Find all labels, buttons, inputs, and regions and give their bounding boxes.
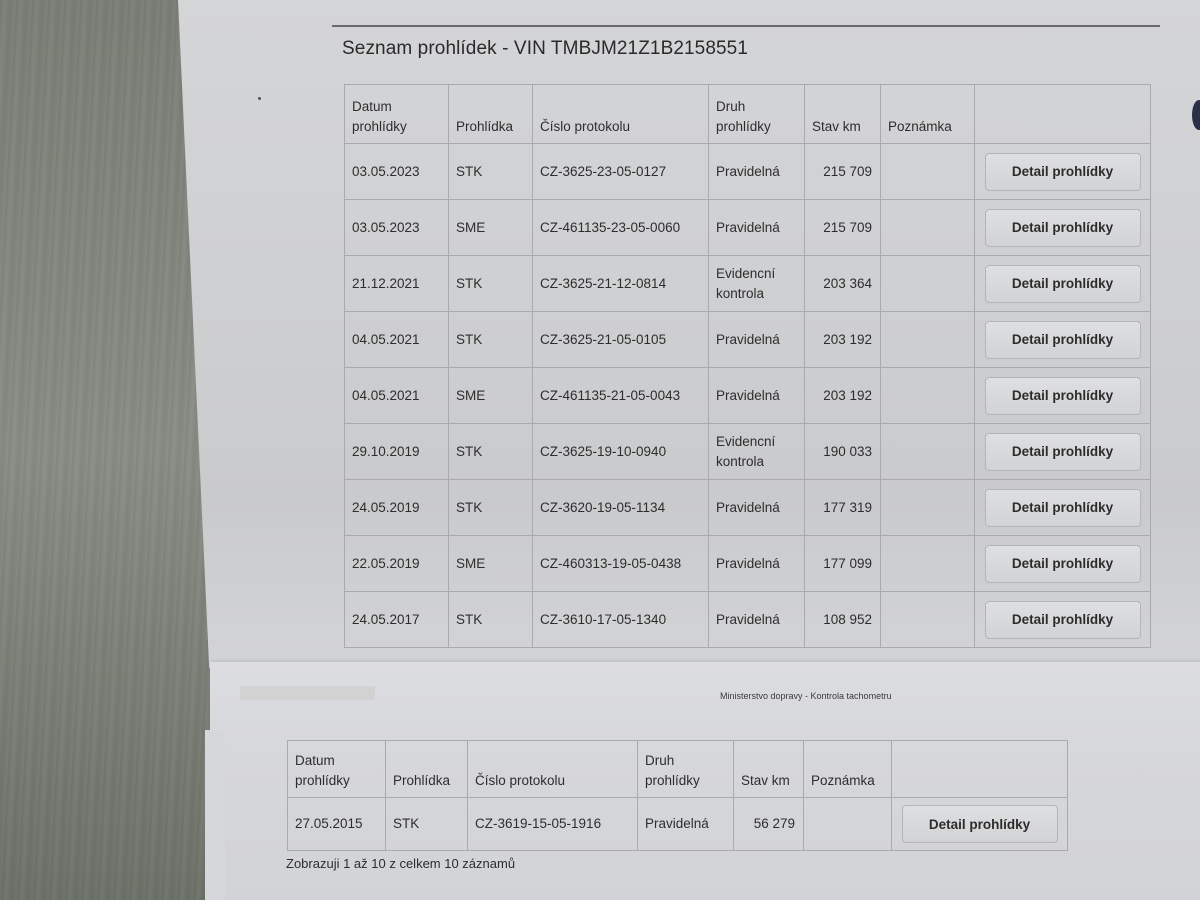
table-header-row: Datum prohlídky Prohlídka Číslo protokol… [345, 85, 1151, 144]
cell-action: Detail prohlídky [975, 592, 1151, 648]
header-type: Druh prohlídky [638, 741, 734, 798]
cell-date: 24.05.2017 [345, 592, 449, 648]
table-header-row: Datum prohlídky Prohlídka Číslo protokol… [288, 741, 1068, 798]
table-row: 22.05.2019SMECZ-460313-19-05-0438Pravide… [345, 536, 1151, 592]
detail-prohlidky-button[interactable]: Detail prohlídky [985, 377, 1141, 415]
cell-note [881, 536, 975, 592]
cell-date: 22.05.2019 [345, 536, 449, 592]
cell-type: Pravidelná [709, 592, 805, 648]
cell-km: 215 709 [805, 200, 881, 256]
cell-km: 108 952 [805, 592, 881, 648]
cell-note [881, 424, 975, 480]
header-protocol: Číslo protokolu [533, 85, 709, 144]
cell-note [881, 144, 975, 200]
cell-inspection: SME [449, 200, 533, 256]
table-row: 27.05.2015STKCZ-3619-15-05-1916Pravideln… [288, 798, 1068, 851]
cell-date: 21.12.2021 [345, 256, 449, 312]
cell-action: Detail prohlídky [975, 256, 1151, 312]
cell-inspection: STK [386, 798, 468, 851]
page-title: Seznam prohlídek - VIN TMBJM21Z1B2158551 [342, 38, 748, 60]
detail-prohlidky-button[interactable]: Detail prohlídky [985, 209, 1141, 247]
cell-protocol: CZ-460313-19-05-0438 [533, 536, 709, 592]
header-date: Datum prohlídky [288, 741, 386, 798]
table-body: 03.05.2023STKCZ-3625-23-05-0127Pravideln… [345, 144, 1151, 648]
cell-inspection: STK [449, 312, 533, 368]
detail-prohlidky-button[interactable]: Detail prohlídky [985, 545, 1141, 583]
cell-action: Detail prohlídky [892, 798, 1068, 851]
cell-date: 04.05.2021 [345, 312, 449, 368]
cell-type: Pravidelná [709, 536, 805, 592]
cell-type: Pravidelná [709, 200, 805, 256]
cell-type: Pravidelná [709, 144, 805, 200]
cell-type: Pravidelná [709, 368, 805, 424]
cell-action: Detail prohlídky [975, 536, 1151, 592]
header-date: Datum prohlídky [345, 85, 449, 144]
cell-km: 177 319 [805, 480, 881, 536]
cell-protocol: CZ-3625-23-05-0127 [533, 144, 709, 200]
cell-protocol: CZ-3620-19-05-1134 [533, 480, 709, 536]
header-km: Stav km [805, 85, 881, 144]
cell-note [881, 480, 975, 536]
header-inspection: Prohlídka [449, 85, 533, 144]
table-row: 04.05.2021SMECZ-461135-21-05-0043Pravide… [345, 368, 1151, 424]
cell-note [804, 798, 892, 851]
cell-date: 03.05.2023 [345, 200, 449, 256]
cell-date: 29.10.2019 [345, 424, 449, 480]
inspection-table-continued: Datum prohlídky Prohlídka Číslo protokol… [287, 740, 1068, 851]
detail-prohlidky-button[interactable]: Detail prohlídky [985, 265, 1141, 303]
table-body: 27.05.2015STKCZ-3619-15-05-1916Pravideln… [288, 798, 1068, 851]
cell-action: Detail prohlídky [975, 368, 1151, 424]
header-note: Poznámka [804, 741, 892, 798]
cell-km: 215 709 [805, 144, 881, 200]
cell-protocol: CZ-3619-15-05-1916 [468, 798, 638, 851]
table-row: 04.05.2021STKCZ-3625-21-05-0105Pravideln… [345, 312, 1151, 368]
cell-note [881, 256, 975, 312]
cell-note [881, 368, 975, 424]
cell-inspection: STK [449, 424, 533, 480]
detail-prohlidky-button[interactable]: Detail prohlídky [985, 601, 1141, 639]
cell-type: Evidencní kontrola [709, 256, 805, 312]
cell-type: Pravidelná [709, 480, 805, 536]
cell-inspection: STK [449, 144, 533, 200]
cell-protocol: CZ-461135-21-05-0043 [533, 368, 709, 424]
cell-km: 56 279 [734, 798, 804, 851]
cell-note [881, 200, 975, 256]
detail-prohlidky-button[interactable]: Detail prohlídky [985, 433, 1141, 471]
cell-protocol: CZ-3625-21-05-0105 [533, 312, 709, 368]
detail-prohlidky-button[interactable]: Detail prohlídky [985, 489, 1141, 527]
background-object [1192, 100, 1200, 130]
cell-protocol: CZ-461135-23-05-0060 [533, 200, 709, 256]
cell-km: 177 099 [805, 536, 881, 592]
header-protocol: Číslo protokolu [468, 741, 638, 798]
table-row: 03.05.2023SMECZ-461135-23-05-0060Pravide… [345, 200, 1151, 256]
table-row: 21.12.2021STKCZ-3625-21-12-0814Evidencní… [345, 256, 1151, 312]
header-rule [332, 25, 1160, 27]
header-action [975, 85, 1151, 144]
table-row: 24.05.2019STKCZ-3620-19-05-1134Pravideln… [345, 480, 1151, 536]
cell-protocol: CZ-3610-17-05-1340 [533, 592, 709, 648]
cell-date: 03.05.2023 [345, 144, 449, 200]
cell-action: Detail prohlídky [975, 424, 1151, 480]
cell-km: 203 192 [805, 368, 881, 424]
header-action [892, 741, 1068, 798]
cell-type: Pravidelná [638, 798, 734, 851]
cell-type: Evidencní kontrola [709, 424, 805, 480]
print-source-label: Ministerstvo dopravy - Kontrola tachomet… [720, 691, 892, 701]
cell-protocol: CZ-3625-19-10-0940 [533, 424, 709, 480]
header-km: Stav km [734, 741, 804, 798]
cell-date: 04.05.2021 [345, 368, 449, 424]
cell-inspection: STK [449, 592, 533, 648]
inspection-table: Datum prohlídky Prohlídka Číslo protokol… [344, 84, 1151, 648]
detail-prohlidky-button[interactable]: Detail prohlídky [985, 321, 1141, 359]
cell-protocol: CZ-3625-21-12-0814 [533, 256, 709, 312]
printed-page-2-edge [205, 730, 225, 900]
cell-type: Pravidelná [709, 312, 805, 368]
cell-km: 203 364 [805, 256, 881, 312]
cell-action: Detail prohlídky [975, 312, 1151, 368]
detail-prohlidky-button[interactable]: Detail prohlídky [902, 805, 1058, 843]
cell-date: 24.05.2019 [345, 480, 449, 536]
table-row: 24.05.2017STKCZ-3610-17-05-1340Pravideln… [345, 592, 1151, 648]
cell-note [881, 312, 975, 368]
cell-inspection: SME [449, 368, 533, 424]
cell-date: 27.05.2015 [288, 798, 386, 851]
cell-inspection: STK [449, 256, 533, 312]
detail-prohlidky-button[interactable]: Detail prohlídky [985, 153, 1141, 191]
cell-action: Detail prohlídky [975, 144, 1151, 200]
cell-note [881, 592, 975, 648]
header-inspection: Prohlídka [386, 741, 468, 798]
paper-speck [258, 97, 261, 100]
cell-km: 190 033 [805, 424, 881, 480]
cell-action: Detail prohlídky [975, 200, 1151, 256]
cell-inspection: SME [449, 536, 533, 592]
records-summary: Zobrazuji 1 až 10 z celkem 10 záznamů [286, 856, 515, 871]
header-note: Poznámka [881, 85, 975, 144]
table-row: 03.05.2023STKCZ-3625-23-05-0127Pravideln… [345, 144, 1151, 200]
cell-action: Detail prohlídky [975, 480, 1151, 536]
faded-print-header [240, 686, 375, 700]
table-row: 29.10.2019STKCZ-3625-19-10-0940Evidencní… [345, 424, 1151, 480]
cell-inspection: STK [449, 480, 533, 536]
header-type: Druh prohlídky [709, 85, 805, 144]
cell-km: 203 192 [805, 312, 881, 368]
